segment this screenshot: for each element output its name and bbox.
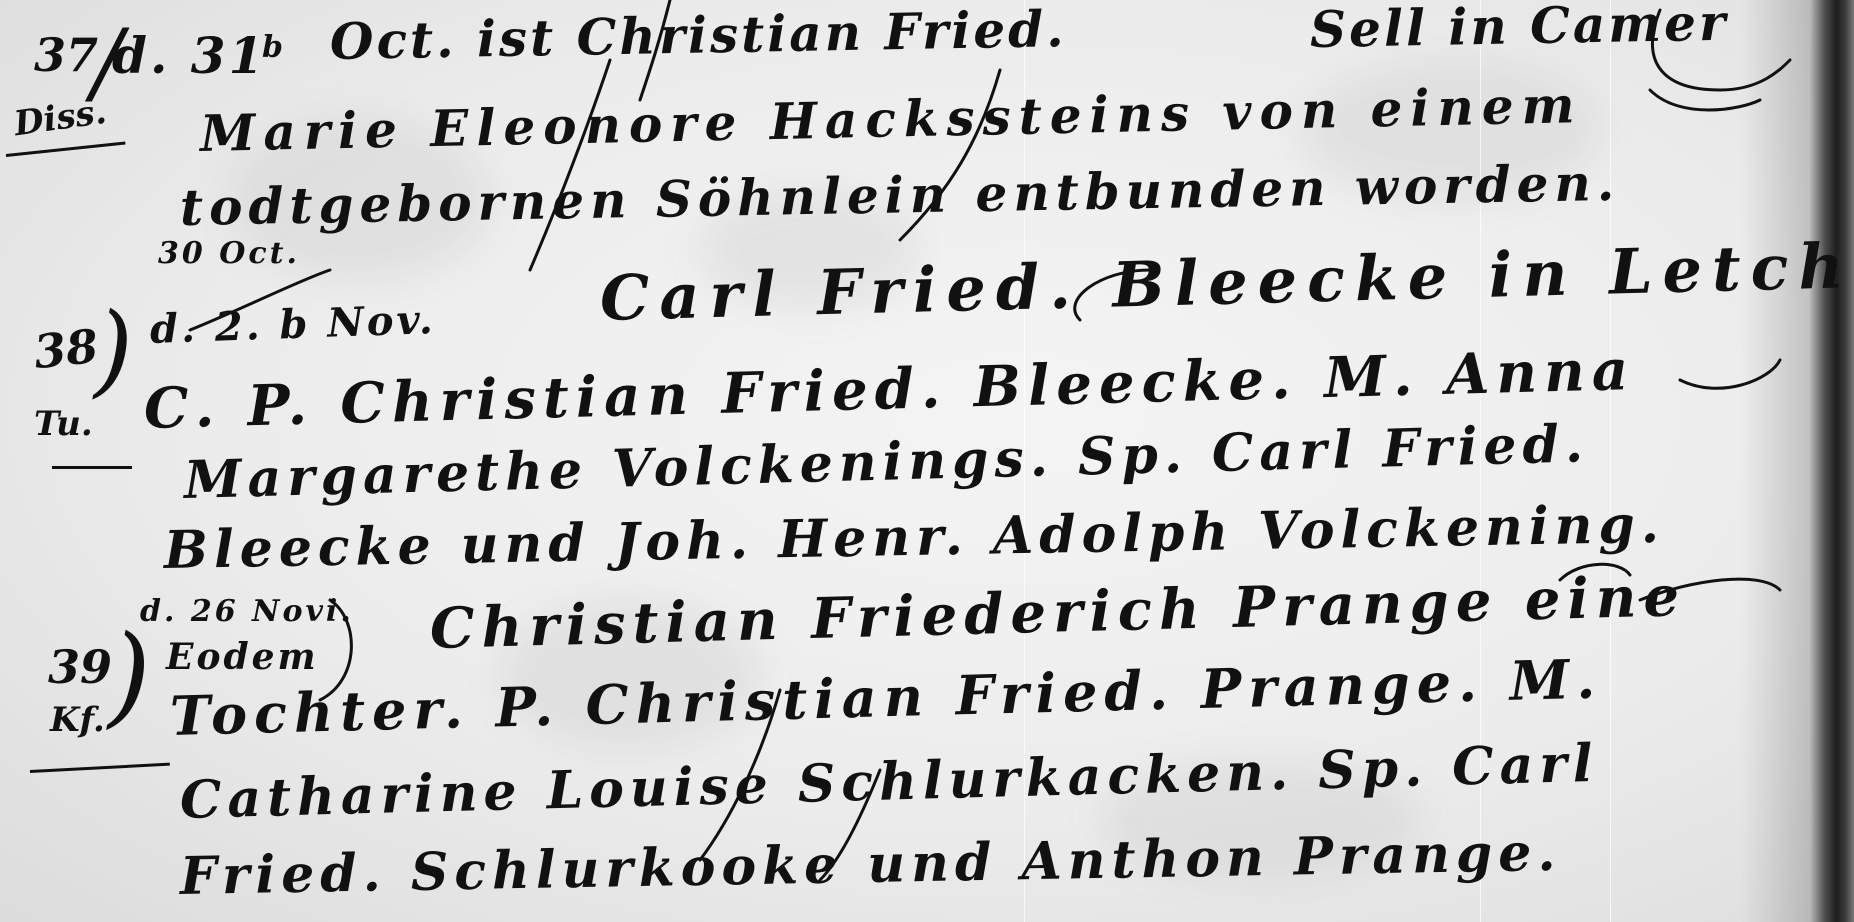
entry-38-date-correction: 30 Oct. xyxy=(158,236,300,271)
register-page: 37 / d. 31 b Oct. ist Christian Fried. S… xyxy=(0,0,1854,922)
entry-number-39: 39 xyxy=(48,640,112,694)
entry-39-margin-mark: Kf. xyxy=(50,700,105,740)
margin-rule xyxy=(52,466,132,469)
entry-37-line-1-end: Sell in Camer xyxy=(1309,0,1728,59)
entry-37-line-1: Oct. ist Christian Fried. xyxy=(329,0,1066,71)
scan-line xyxy=(1610,0,1611,922)
entry-37-margin-mark: Diss. xyxy=(12,92,109,144)
entry-38-line-1: Carl Fried. Bleecke in Letch xyxy=(599,229,1854,335)
entry-39-eodem: Eodem xyxy=(166,636,319,678)
margin-rule xyxy=(30,763,170,773)
entry-37-date-day: d. 31 xyxy=(112,26,266,85)
entry-38-date: d. 2. b Nov. xyxy=(149,296,436,353)
gutter-shadow xyxy=(1740,0,1810,922)
book-binding xyxy=(1810,0,1854,922)
entry-number-37: 37 xyxy=(34,28,98,82)
entry-37-line-3: todtgebornen Söhnlein entbunden worden. xyxy=(179,153,1620,237)
entry-number-38: 38 xyxy=(31,319,100,379)
entry-38-margin-mark: Tu. xyxy=(34,404,93,444)
entry-38-line-4: Bleecke und Joh. Henr. Adolph Volckening… xyxy=(163,494,1665,581)
entry-37-date-suffix: b xyxy=(262,30,286,65)
entry-37-line-2: Marie Eleonore Hackssteins von einem xyxy=(199,75,1583,163)
entry-39-line-4: Fried. Schlurkooke und Anthon Prange. xyxy=(179,822,1561,907)
entry-39-line-1: Christian Friederich Prange eine xyxy=(429,563,1687,662)
entry-brace: ) xyxy=(94,300,133,400)
margin-rule xyxy=(6,141,126,157)
entry-39-date: d. 26 Novi. xyxy=(140,594,354,629)
entry-39-line-3: Catharine Louise Schlurkacken. Sp. Carl xyxy=(179,733,1599,831)
entry-brace: ) xyxy=(108,620,151,730)
entry-39-line-2: Tochter. P. Christian Fried. Prange. M. xyxy=(169,647,1603,748)
